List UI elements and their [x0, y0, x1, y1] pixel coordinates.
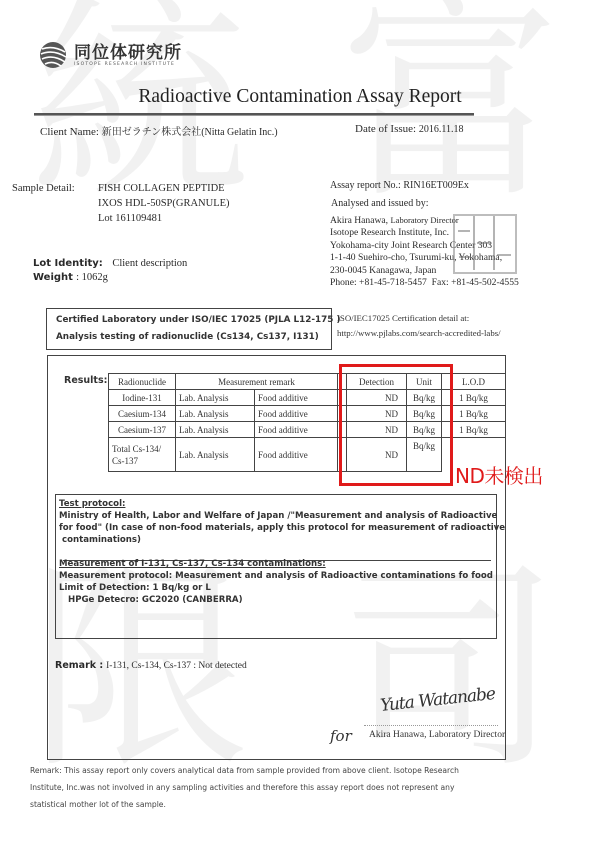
lot-identity-value: Client description [112, 258, 187, 269]
sample-line: Lot 161109481 [98, 211, 230, 226]
cell-method: Lab. Analysis [176, 390, 255, 406]
disclaimer: Remark: This assay report only covers an… [30, 762, 520, 813]
nd-highlight-box [339, 364, 453, 486]
isotope-globe-logo-icon [38, 40, 68, 70]
assay-value: RIN16ET009Ex [403, 180, 469, 191]
certification-detail: ISO/IEC17025 Certification detail at: ht… [337, 311, 501, 341]
measurement-heading: Measurement of I-131, Cs-137, Cs-134 con… [59, 558, 326, 570]
client-name: Client Name: 新田ゼラチン株式会社(Nitta Gelatin In… [40, 123, 278, 138]
certification-line2: Analysis testing of radionuclide (Cs134,… [56, 332, 319, 342]
measurement-line: Measurement protocol: Measurement and an… [59, 570, 493, 582]
header-radionuclide: Radionuclide [109, 374, 176, 390]
institute-logo: 同位体研究所 ISOTOPE RESEARCH INSTITUTE [38, 40, 182, 70]
certification-line1: Certified Laboratory under ISO/IEC 17025… [56, 315, 341, 325]
protocol-line: Ministry of Health, Labor and Welfare of… [59, 510, 497, 522]
protocol-heading: Test protocol: [59, 498, 125, 510]
test-protocol-box: Test protocol: Ministry of Health, Labor… [55, 494, 497, 639]
cert-detail-link[interactable]: http://www.pjlabs.com/search-accredited-… [337, 326, 501, 341]
sample-line: IXOS HDL-50SP(GRANULE) [98, 196, 230, 211]
radionuclide-line1: Total Cs-134/ [112, 443, 172, 455]
title-divider [34, 113, 474, 116]
protocol-line: contaminations) [62, 534, 141, 546]
remark-value: I-131, Cs-134, Cs-137 : Not detected [106, 661, 247, 671]
disclaimer-line: Remark: This assay report only covers an… [30, 762, 520, 779]
disclaimer-line: Institute, Inc.was not involved in any s… [30, 779, 520, 796]
cell-radionuclide: Iodine-131 [109, 390, 176, 406]
sample-line: FISH COLLAGEN PEPTIDE [98, 181, 230, 196]
issuer-role: Laboratory Director [390, 215, 458, 225]
protocol-line: for food" (In case of non-food materials… [59, 522, 505, 534]
company-seal-stamp-icon [453, 214, 517, 274]
signature-for: for [330, 727, 352, 745]
results-label: Results: [64, 375, 107, 386]
measurement-line: Limit of Detection: 1 Bq/kg or L [59, 582, 211, 594]
logo-name-jp: 同位体研究所 [74, 44, 182, 62]
issue-label: Date of Issue: [355, 123, 416, 135]
cell-radionuclide: Caesium-134 [109, 406, 176, 422]
report-title: Radioactive Contamination Assay Report [0, 86, 600, 108]
issuer-heading: Analysed and issued by: [331, 198, 429, 209]
cell-method: Lab. Analysis [176, 422, 255, 438]
lot-identity-block: Lot Identity: Client description Weight … [33, 257, 187, 285]
sample-detail: Sample Detail: FISH COLLAGEN PEPTIDE IXO… [12, 181, 230, 226]
cert-detail-text: ISO/IEC17025 Certification detail at: [337, 311, 501, 326]
cell-radionuclide: Total Cs-134/ Cs-137 [109, 438, 176, 472]
cell-method: Lab. Analysis [176, 406, 255, 422]
logo-name-en: ISOTOPE RESEARCH INSTITUTE [74, 62, 182, 67]
assay-report-number: Assay report No.: RIN16ET009Ex [330, 180, 469, 191]
disclaimer-line: statistical mother lot of the sample. [30, 796, 520, 813]
issuer-name: Akira Hanawa, [330, 215, 388, 226]
assay-label: Assay report No.: [330, 180, 401, 191]
signer-name: Akira Hanawa, Laboratory Director [369, 730, 505, 740]
header-measurement-remark: Measurement remark [176, 374, 338, 390]
cell-sample-type: Food additive [255, 438, 338, 472]
cell-sample-type: Food additive [255, 390, 338, 406]
cell-sample-type: Food additive [255, 422, 338, 438]
weight-label: Weight [33, 272, 73, 283]
issue-value: 2016.11.18 [419, 124, 464, 135]
cell-radionuclide: Caesium-137 [109, 422, 176, 438]
cell-method: Lab. Analysis [176, 438, 255, 472]
remark: Remark : I-131, Cs-134, Cs-137 : Not det… [55, 660, 247, 671]
weight-value: : 1062g [76, 272, 108, 283]
sample-label: Sample Detail: [12, 181, 98, 226]
date-of-issue: Date of Issue: 2016.11.18 [355, 123, 463, 135]
issuer-fax: Fax: +81-45-502-4555 [432, 277, 519, 288]
lot-identity-label: Lot Identity: [33, 258, 103, 269]
cell-sample-type: Food additive [255, 406, 338, 422]
nd-annotation: ND未検出 [455, 460, 543, 489]
signature-line [364, 725, 498, 726]
remark-label: Remark : [55, 660, 103, 671]
radionuclide-line2: Cs-137 [112, 455, 172, 467]
client-label: Client Name: [40, 126, 99, 138]
client-value: 新田ゼラチン株式会社(Nitta Gelatin Inc.) [102, 127, 278, 138]
certification-box: Certified Laboratory under ISO/IEC 17025… [46, 308, 332, 350]
issuer-phone: Phone: +81-45-718-5457 [330, 277, 427, 288]
measurement-line: HPGe Detecro: GC2020 (CANBERRA) [68, 594, 243, 606]
